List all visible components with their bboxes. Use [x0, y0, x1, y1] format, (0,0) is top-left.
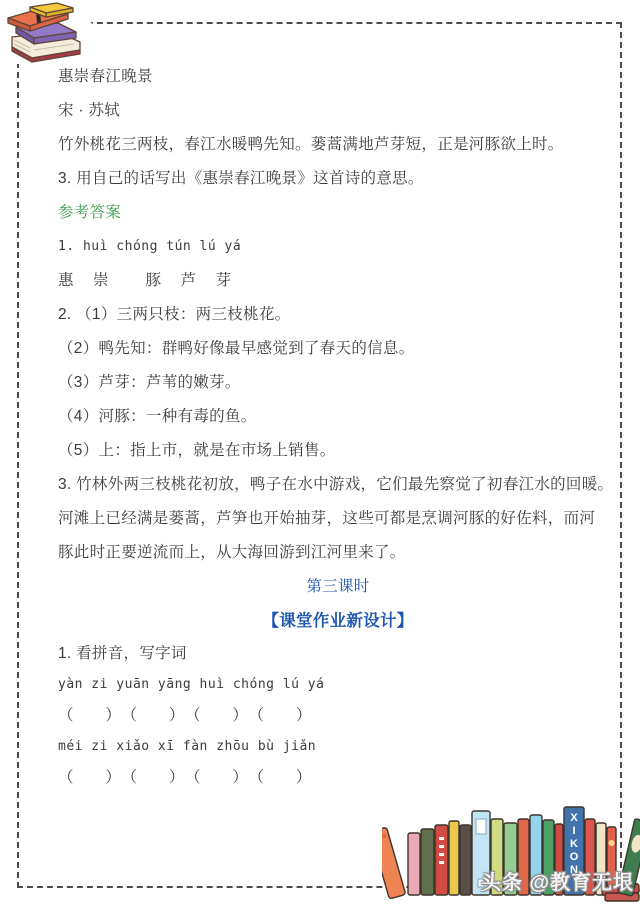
- exercise1-pinyin-row2: méi zi xiǎo xī fàn zhōu bù jiǎn: [58, 731, 618, 762]
- answer-note-1: 2. （1）三两只枝：两三枝桃花。: [58, 298, 618, 332]
- answer-note-3: （3）芦芽：芦苇的嫩芽。: [58, 366, 618, 400]
- exercise1-blank-row2: （ ） （ ） （ ） （ ）: [58, 762, 618, 793]
- answer-meaning-line-1: 3. 竹林外两三枝桃花初放，鸭子在水中游戏，它们最先察觉了初春江水的回暖。: [58, 468, 618, 502]
- poem-author: 宋 · 苏轼: [58, 94, 618, 128]
- watermark: 头条 @教育无垠: [481, 866, 634, 895]
- question-3: 3. 用自己的话写出《惠崇春江晚景》这首诗的意思。: [58, 162, 618, 196]
- answer-note-5: （5）上：指上市，就是在市场上销售。: [58, 434, 618, 468]
- poem-title: 惠崇春江晚景: [58, 60, 618, 94]
- homework-heading: 【课堂作业新设计】: [58, 604, 618, 638]
- exercise1-pinyin-row1: yàn zi yuān yāng huì chóng lú yá: [58, 669, 618, 700]
- document-content: 惠崇春江晚景 宋 · 苏轼 竹外桃花三两枝，春江水暖鸭先知。蒌蒿满地芦芽短，正是…: [58, 60, 618, 793]
- book-stack-illustration: [0, 0, 100, 66]
- answer-meaning-line-2: 河滩上已经满是蒌蒿，芦笋也开始抽芽，这些可都是烹调河豚的好佐料，而河: [58, 502, 618, 536]
- answer1-pinyin: 1. huì chóng tún lú yá: [58, 230, 618, 264]
- exercise1-title: 1. 看拼音，写字词: [58, 638, 618, 669]
- answer-note-2: （2）鸭先知：群鸭好像最早感觉到了春天的信息。: [58, 332, 618, 366]
- poem-verse: 竹外桃花三两枝，春江水暖鸭先知。蒌蒿满地芦芽短，正是河豚欲上时。: [58, 128, 618, 162]
- lesson-heading: 第三课时: [58, 570, 618, 604]
- answer-key-heading: 参考答案: [58, 196, 618, 230]
- worksheet-page: 惠崇春江晚景 宋 · 苏轼 竹外桃花三两枝，春江水暖鸭先知。蒌蒿满地芦芽短，正是…: [0, 0, 640, 905]
- answer1-hanzi: 惠 崇 豚 芦 芽: [58, 264, 618, 298]
- answer-meaning-line-3: 豚此时正要逆流而上，从大海回游到江河里来了。: [58, 536, 618, 570]
- answer-note-4: （4）河豚：一种有毒的鱼。: [58, 400, 618, 434]
- exercise1-blank-row1: （ ） （ ） （ ） （ ）: [58, 700, 618, 731]
